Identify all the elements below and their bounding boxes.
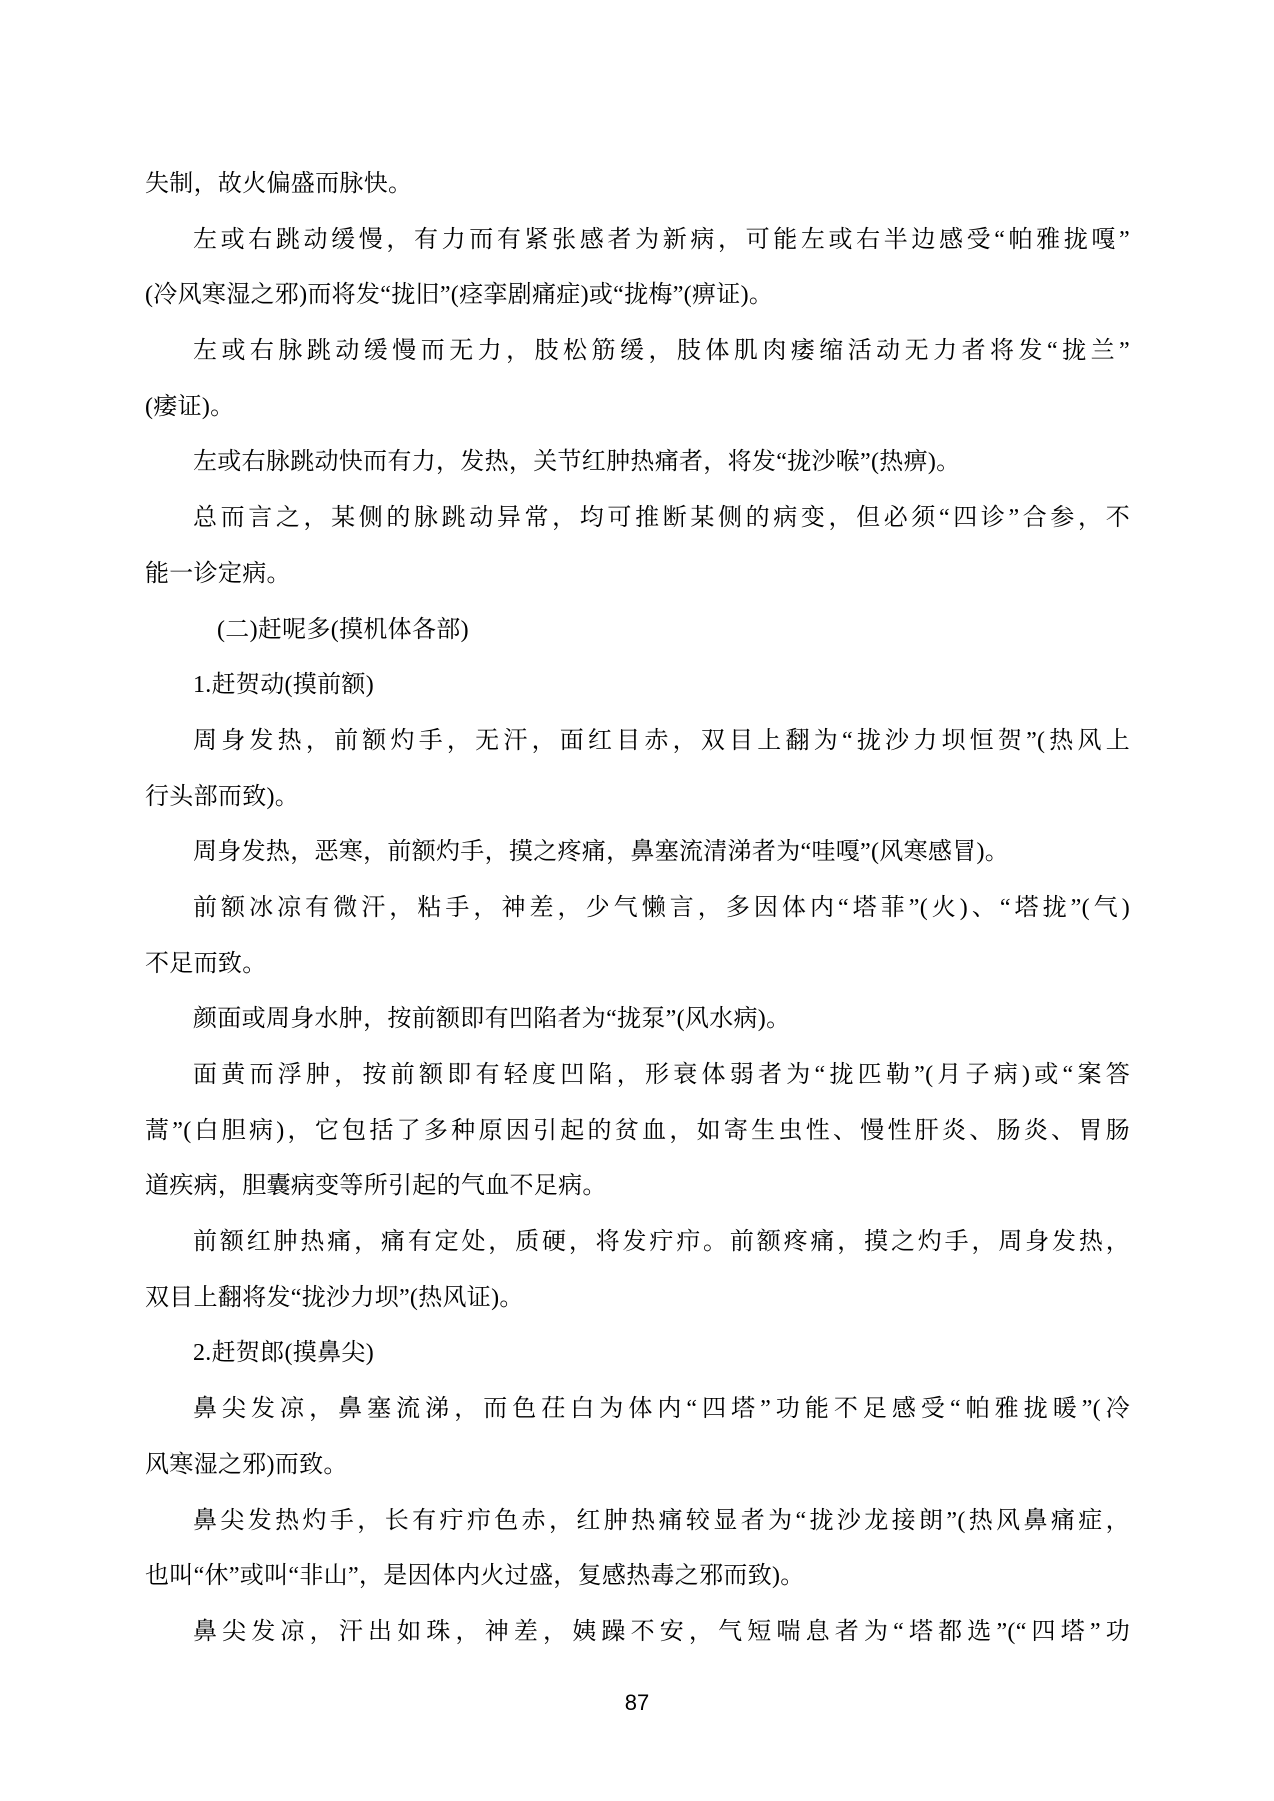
page-number: 87 xyxy=(0,1688,1274,1718)
text-line: 不足而致。 xyxy=(145,937,1130,993)
text-line: 周身发热，前额灼手，无汗，面红目赤，双目上翻为“拢沙力坝恒贺”(热风上 xyxy=(145,714,1130,770)
text-line: 鼻尖发热灼手，长有疔疖色赤，红肿热痛较显者为“拢沙龙接朗”(热风鼻痛症， xyxy=(145,1494,1130,1550)
text-line: 道疾病，胆囊病变等所引起的气血不足病。 xyxy=(145,1159,1130,1215)
text-line: 1.赶贺动(摸前额) xyxy=(145,658,1130,714)
text-line: 左或右脉跳动缓慢而无力，肢松筋缓，肢体肌肉痿缩活动无力者将发“拢兰” xyxy=(145,324,1130,380)
text-line: (冷风寒湿之邪)而将发“拢旧”(痉挛剧痛症)或“拢梅”(痹证)。 xyxy=(145,268,1130,324)
text-line: 风寒湿之邪)而致。 xyxy=(145,1438,1130,1494)
text-line: 能一诊定病。 xyxy=(145,547,1130,603)
text-line: 鼻尖发凉，鼻塞流涕，而色茌白为体内“四塔”功能不足感受“帕雅拢暖”(冷 xyxy=(145,1382,1130,1438)
text-line: 面黄而浮肿，按前额即有轻度凹陷，形衰体弱者为“拢匹勒”(月子病)或“案答 xyxy=(145,1048,1130,1104)
text-line: (二)赶呢多(摸机体各部) xyxy=(145,603,1130,659)
text-line: 总而言之，某侧的脉跳动异常，均可推断某侧的病变，但必须“四诊”合参，不 xyxy=(145,491,1130,547)
text-line: 鼻尖发凉，汗出如珠，神差，姨躁不安，气短喘息者为“塔都选”(“四塔”功 xyxy=(145,1605,1130,1661)
text-line: 前额冰凉有微汗，粘手，神差，少气懒言，多因体内“塔菲”(火)、“塔拢”(气) xyxy=(145,881,1130,937)
text-line: (痿证)。 xyxy=(145,380,1130,436)
text-line: 蒿”(白胆病)，它包括了多种原因引起的贫血，如寄生虫性、慢性肝炎、肠炎、胃肠 xyxy=(145,1104,1130,1160)
text-line: 双目上翻将发“拢沙力坝”(热风证)。 xyxy=(145,1271,1130,1327)
text-line: 2.赶贺郎(摸鼻尖) xyxy=(145,1326,1130,1382)
text-line: 行头部而致)。 xyxy=(145,770,1130,826)
text-line: 周身发热，恶寒，前额灼手，摸之疼痛，鼻塞流清涕者为“哇嘎”(风寒感冒)。 xyxy=(145,825,1130,881)
body-text-block: 失制，故火偏盛而脉快。左或右跳动缓慢，有力而有紧张感者为新病，可能左或右半边感受… xyxy=(145,157,1130,1661)
text-line: 也叫“休”或叫“非山”，是因体内火过盛，复感热毒之邪而致)。 xyxy=(145,1549,1130,1605)
text-line: 颜面或周身水肿，按前额即有凹陷者为“拢泵”(风水病)。 xyxy=(145,992,1130,1048)
text-line: 左或右跳动缓慢，有力而有紧张感者为新病，可能左或右半边感受“帕雅拢嘎” xyxy=(145,213,1130,269)
text-line: 失制，故火偏盛而脉快。 xyxy=(145,157,1130,213)
text-line: 前额红肿热痛，痛有定处，质硬，将发疔疖。前额疼痛，摸之灼手，周身发热， xyxy=(145,1215,1130,1271)
text-line: 左或右脉跳动快而有力，发热，关节红肿热痛者，将发“拢沙喉”(热痹)。 xyxy=(145,435,1130,491)
document-page: 失制，故火偏盛而脉快。左或右跳动缓慢，有力而有紧张感者为新病，可能左或右半边感受… xyxy=(0,0,1274,1801)
